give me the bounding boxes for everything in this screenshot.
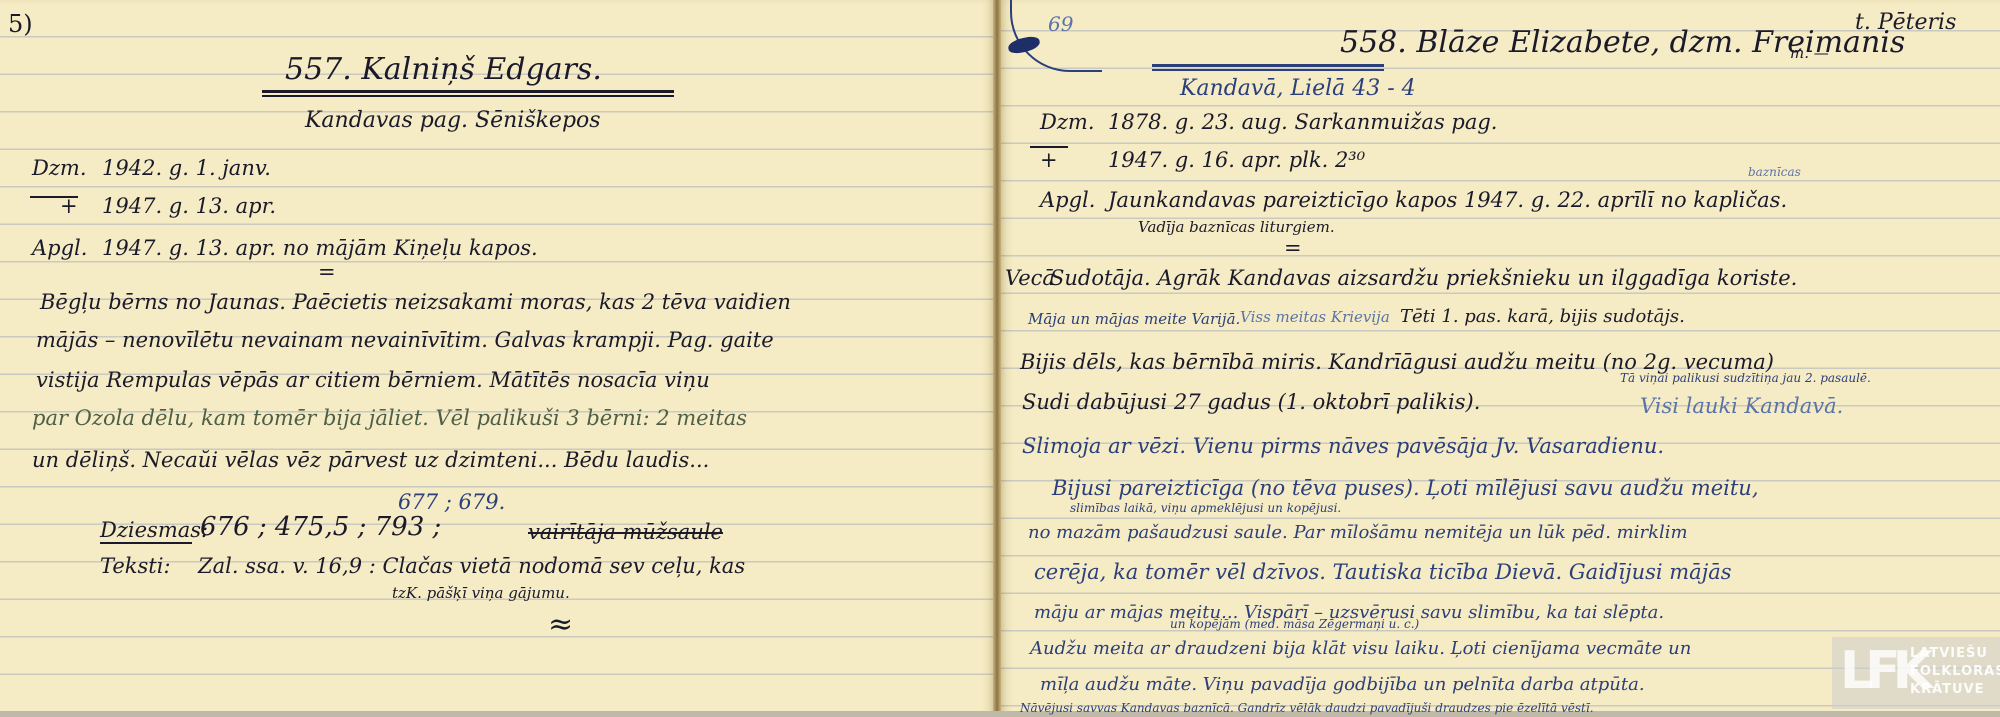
entry-location: Kandavas pag. Sēniškepos (305, 110, 601, 132)
narrative-line: mīļa audžu māte. Viņu pavadīja godbijība… (1040, 676, 1645, 694)
buried-second-line: Vadīja baznīcas liturgiem. (1138, 220, 1335, 235)
archive-name: LATVIEŠU FOLKLORAS KRĀTUVE (1910, 645, 2000, 699)
narrative-line: vistija Rempulas vēpās ar citiem bērniem… (36, 370, 710, 391)
narrative-margin: Vecā (1005, 268, 1055, 289)
buried-label: Apgl. (1040, 190, 1095, 211)
page-corner-number: 5) (8, 10, 33, 38)
separator-mark: = (1284, 238, 1302, 259)
narrative-line: mājās – nenovīlētu nevainam nevainīvītim… (36, 330, 774, 351)
narrative-line: Bijusi pareizticīga (no tēva puses). Ļot… (1052, 478, 1759, 499)
narrative-blue-note: Visi lauki Kandavā. (1640, 396, 1843, 417)
born-date: 1942. g. 1. janv. (102, 158, 271, 179)
buried-detail: 1947. g. 13. apr. no mājām Kiņeļu kapos. (102, 238, 538, 259)
buried-label: Apgl. (32, 238, 87, 259)
texts-label: Teksti: (100, 556, 171, 577)
title-underline (262, 90, 674, 93)
narrative-line-rest: Tēti 1. pas. karā, bijis sudotājs. (1400, 308, 1685, 326)
narrative-line: Sudi dabūjusi 27 gadus (1. oktobrī palik… (1022, 392, 1480, 413)
page-bottom-edge (0, 711, 2000, 717)
narrative-line: Slimoja ar vēzi. Vienu pirms nāves pavēs… (1022, 436, 1664, 457)
melodies-struck-text: vairītāja mūžsaule (528, 522, 723, 543)
died-label: + (1040, 150, 1058, 171)
narrative-line: no mazām pašaudzusi saule. Par mīlošāmu … (1028, 524, 1688, 542)
texts-reference: Zal. ssa. v. 16,9 : Clačas vietā nodomā … (198, 556, 745, 577)
born-label: Dzm. (32, 158, 87, 179)
buried-detail: Jaunkandavas pareizticīgo kapos 1947. g.… (1108, 190, 1787, 211)
born-label: Dzm. (1040, 112, 1095, 133)
narrative-line: par Ozola dēlu, kam tomēr bija jāliet. V… (32, 408, 747, 429)
buried-insertion: baznīcas (1748, 166, 1801, 178)
narrative-insertion: Tā viņai palikusi sudzītiņa jau 2. pasau… (1620, 372, 1871, 384)
died-date: 1947. g. 16. apr. plk. 2³⁰ (1108, 150, 1365, 171)
title-underline-second (1152, 69, 1384, 71)
title-note-top: t. Pēteris (1855, 12, 1956, 34)
notebook-gutter (993, 0, 1001, 717)
archive-watermark: LFK LATVIEŠU FOLKLORAS KRĀTUVE (1832, 637, 2000, 709)
melodies-label: Dziesmas: (100, 520, 208, 541)
narrative-insertion: slimības laikā, viņu apmeklējusi un kopē… (1070, 502, 1341, 514)
archive-name-line: KRĀTUVE (1910, 681, 2000, 699)
narrative-line: Māja un mājas meite Varijā. (1028, 312, 1240, 327)
melodies-insertion: 677 ; 679. (398, 492, 505, 513)
texts-continuation: tzK. pāšķī viņa gājumu. (392, 586, 570, 601)
died-date: 1947. g. 13. apr. (102, 196, 276, 217)
narrative-line: Sudotāja. Agrāk Kandavas aizsardžu priek… (1050, 268, 1797, 289)
margin-number: 69 (1048, 14, 1073, 34)
title-note-bottom: m. — (1790, 46, 1829, 61)
narrative-insertion: un kopējām (med. māsa Zēgermaņi u. c.) (1170, 618, 1419, 630)
end-mark: ≈ (548, 610, 573, 640)
label-rule (100, 542, 192, 544)
narrative-line: cerēja, ka tomēr vēl dzīvos. Tautiska ti… (1034, 562, 1732, 583)
title-underline-second (262, 95, 674, 97)
born-date: 1878. g. 23. aug. Sarkanmuižas pag. (1108, 112, 1497, 133)
title-underline (1152, 64, 1384, 67)
narrative-line: un dēliņš. Necaŭi vēlas vēz pārvest uz d… (32, 450, 709, 471)
entry-title-557: 557. Kalniņš Edgars. (285, 55, 602, 85)
narrative-blue-note: Viss meitas Krievija (1240, 310, 1390, 325)
narrative-line: Bijis dēls, kas bērnībā miris. Kandrīāgu… (1020, 352, 1774, 373)
died-label: + (60, 196, 78, 217)
archive-name-line: LATVIEŠU (1910, 645, 2000, 663)
separator-mark: = (318, 262, 336, 283)
entry-location: Kandavā, Lielā 43 - 4 (1180, 78, 1416, 100)
archive-name-line: FOLKLORAS (1910, 663, 2000, 681)
melodies-values: 676 ; 475,5 ; 793 ; (200, 514, 441, 540)
narrative-line: Nāvējusi savvas Kandavas baznīcā. Gandrī… (1020, 702, 1594, 714)
narrative-line: Audžu meita ar draudzeni bija klāt visu … (1030, 640, 1691, 658)
narrative-line: Bēgļu bērns no Jaunas. Paēcietis neizsak… (40, 292, 791, 313)
